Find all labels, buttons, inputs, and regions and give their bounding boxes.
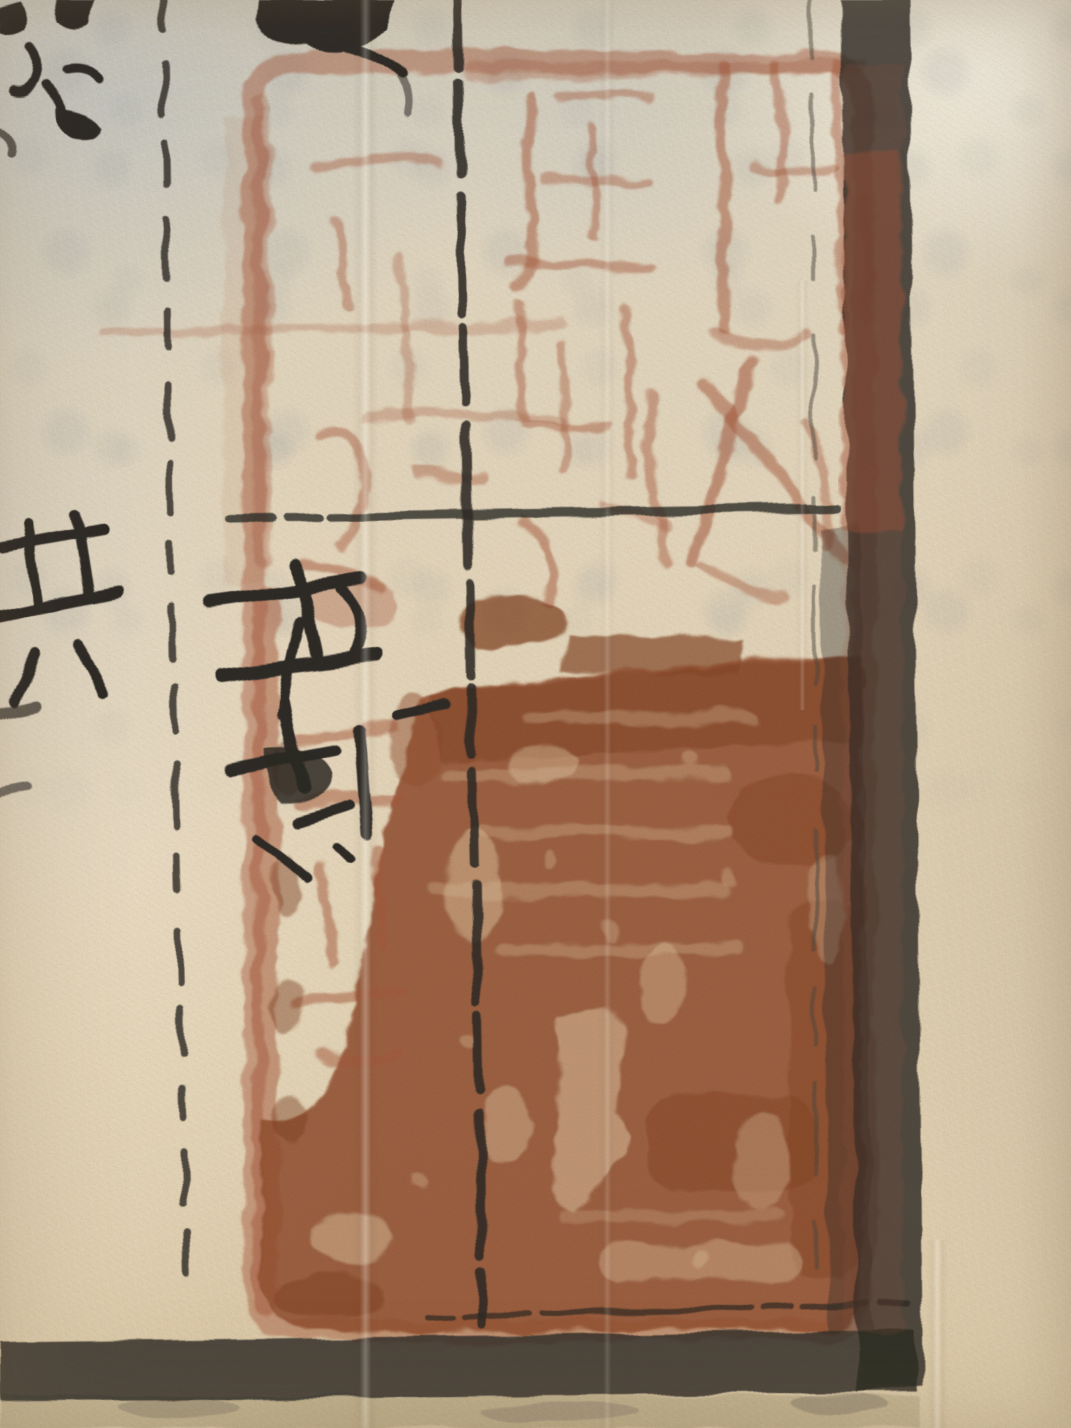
- photo-canvas: [0, 0, 1071, 1428]
- photo-vignette: [0, 0, 1071, 1428]
